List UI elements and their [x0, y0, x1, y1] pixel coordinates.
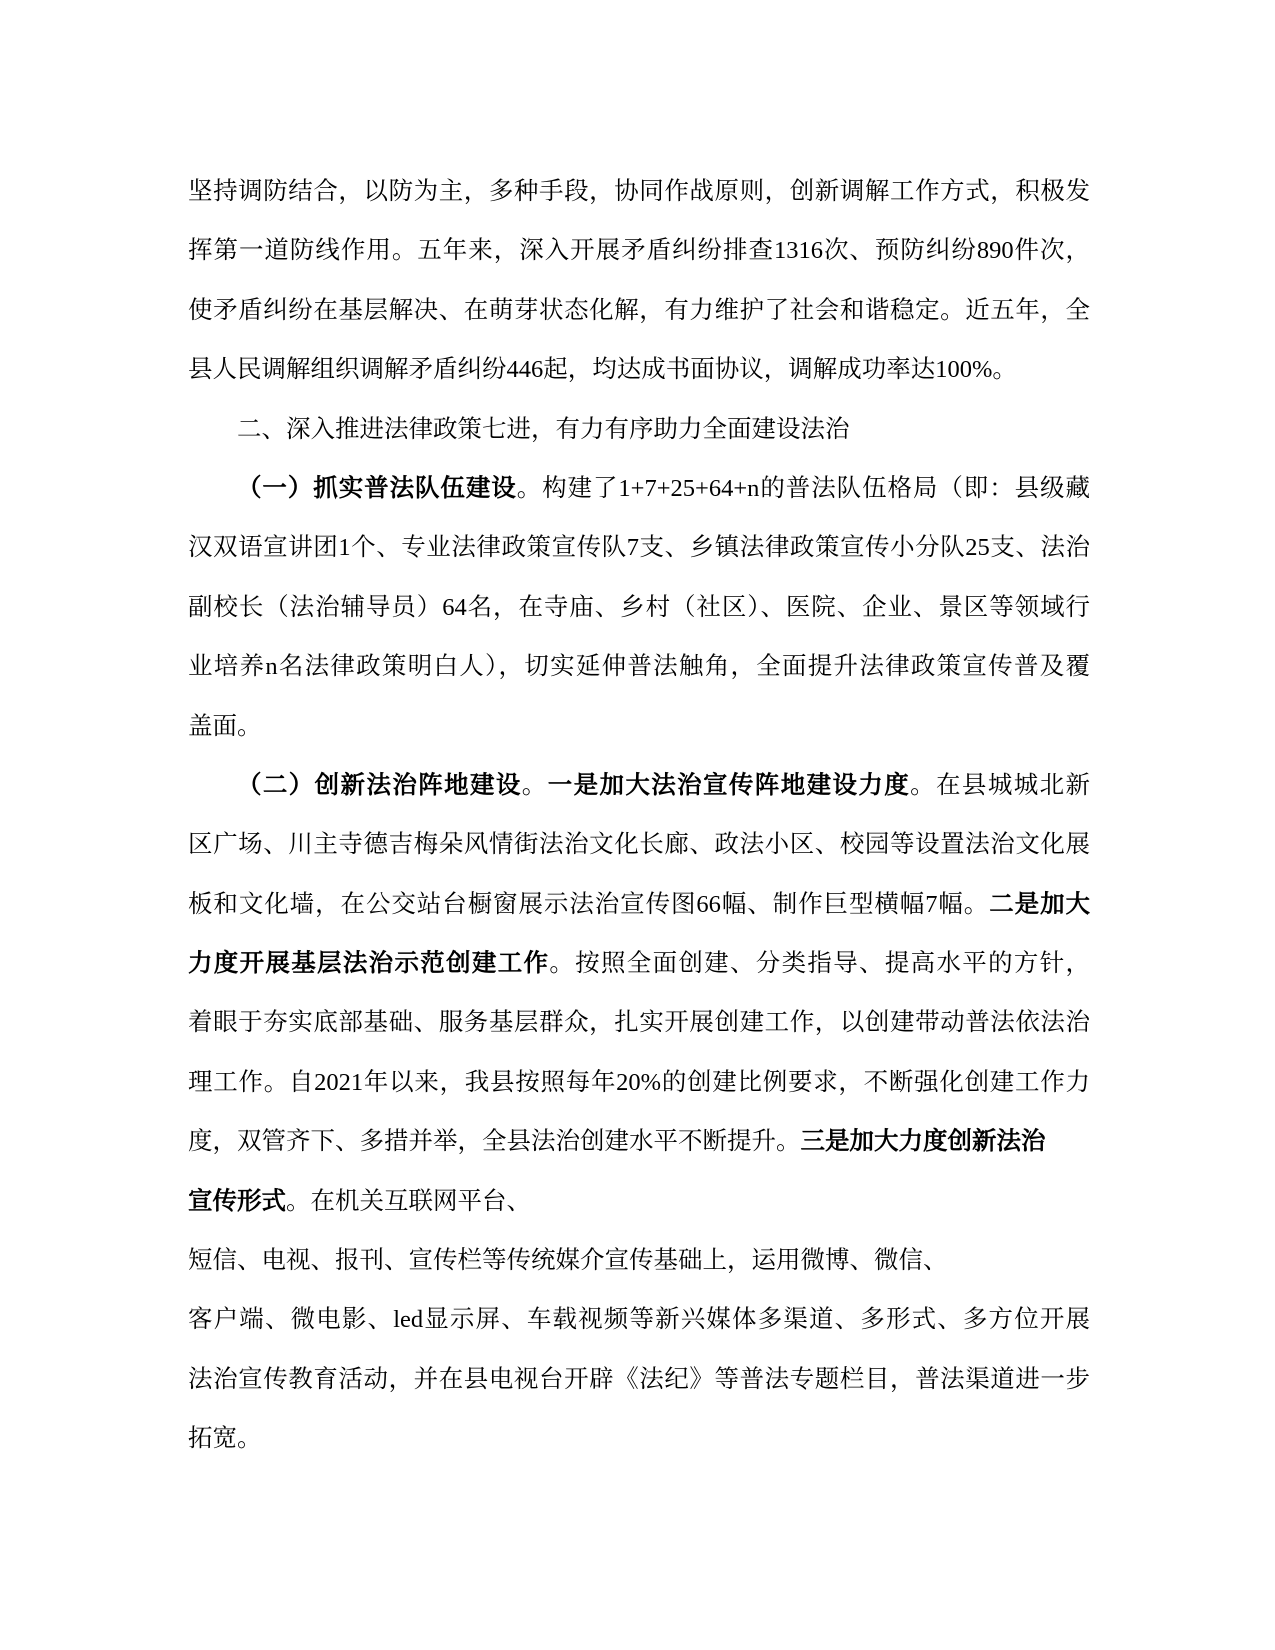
text-line: 坚持调防结合，以防为主，多种手段，协同作战原则，创新调解工作方式，积极发 [188, 162, 1090, 221]
text-line: 理工作。自2021年以来，我县按照每年20%的创建比例要求，不断强化创建工作力 [188, 1053, 1090, 1112]
text-segment-bold: 一是加大法治宣传阵地建设力度 [548, 772, 910, 799]
text-line: 使矛盾纠纷在基层解决、在萌芽状态化解，有力维护了社会和谐稳定。近五年，全 [188, 281, 1090, 340]
text-block: 坚持调防结合，以防为主，多种手段，协同作战原则，创新调解工作方式，积极发挥第一道… [188, 162, 1090, 1469]
text-segment: 。构建了1+7+25+64+n的普法队伍格局（即：县级藏 [517, 475, 1090, 502]
text-segment: 盖面。 [188, 713, 262, 740]
text-line: （一）抓实普法队伍建设。构建了1+7+25+64+n的普法队伍格局（即：县级藏 [188, 459, 1090, 518]
text-line: 宣传形式。在机关互联网平台、 [188, 1172, 1090, 1231]
text-segment: 法治宣传教育活动，并在县电视台开辟《法纪》等普法专题栏目，普法渠道进一步 [188, 1366, 1090, 1393]
text-line: 力度开展基层法治示范创建工作。按照全面创建、分类指导、提高水平的方针， [188, 934, 1090, 993]
text-line: 县人民调解组织调解矛盾纠纷446起，均达成书面协议，调解成功率达100%。 [188, 340, 1090, 399]
text-segment: 坚持调防结合，以防为主，多种手段，协同作战原则，创新调解工作方式，积极发 [188, 178, 1090, 205]
text-segment: 客户端、微电影、led显示屏、车载视频等新兴媒体多渠道、多形式、多方位开展 [188, 1306, 1090, 1333]
text-segment: 。 [522, 772, 548, 799]
text-segment: 县人民调解组织调解矛盾纠纷446起，均达成书面协议，调解成功率达100%。 [188, 356, 1017, 383]
text-segment: 使矛盾纠纷在基层解决、在萌芽状态化解，有力维护了社会和谐稳定。近五年，全 [188, 297, 1090, 324]
text-segment: 度，双管齐下、多措并举，全县法治创建水平不断提升。 [188, 1128, 801, 1155]
text-line: （二）创新法治阵地建设。一是加大法治宣传阵地建设力度。在县城城北新 [188, 756, 1090, 815]
text-line: 盖面。 [188, 697, 1090, 756]
text-line: 拓宽。 [188, 1409, 1090, 1468]
text-segment: 拓宽。 [188, 1425, 262, 1452]
text-segment: 。在机关互联网平台、 [286, 1188, 531, 1215]
text-segment: 业培养n名法律政策明白人），切实延伸普法触角，全面提升法律政策宣传普及覆 [188, 653, 1090, 680]
text-segment: 汉双语宣讲团1个、专业法律政策宣传队7支、乡镇法律政策宣传小分队25支、法治 [188, 534, 1090, 561]
text-line: 区广场、川主寺德吉梅朵风情街法治文化长廊、政法小区、校园等设置法治文化展 [188, 815, 1090, 874]
text-line: 板和文化墙，在公交站台橱窗展示法治宣传图66幅、制作巨型横幅7幅。二是加大 [188, 875, 1090, 934]
text-segment: 理工作。自2021年以来，我县按照每年20%的创建比例要求，不断强化创建工作力 [188, 1069, 1090, 1096]
text-line: 法治宣传教育活动，并在县电视台开辟《法纪》等普法专题栏目，普法渠道进一步 [188, 1350, 1090, 1409]
text-segment: 副校长（法治辅导员）64名，在寺庙、乡村（社区）、医院、企业、景区等领域行 [188, 594, 1090, 621]
text-line: 业培养n名法律政策明白人），切实延伸普法触角，全面提升法律政策宣传普及覆 [188, 637, 1090, 696]
text-line: 二、深入推进法律政策七进，有力有序助力全面建设法治 [188, 400, 1090, 459]
text-segment: 二、深入推进法律政策七进，有力有序助力全面建设法治 [237, 416, 850, 443]
text-segment-bold: 二是加大 [989, 891, 1090, 918]
text-line: 副校长（法治辅导员）64名，在寺庙、乡村（社区）、医院、企业、景区等领域行 [188, 578, 1090, 637]
text-segment: 短信、电视、报刊、宣传栏等传统媒介宣传基础上，运用微博、微信、 [188, 1247, 948, 1274]
text-line: 汉双语宣讲团1个、专业法律政策宣传队7支、乡镇法律政策宣传小分队25支、法治 [188, 518, 1090, 577]
text-segment: 着眼于夯实底部基础、服务基层群众，扎实开展创建工作，以创建带动普法依法治 [188, 1009, 1090, 1036]
text-line: 度，双管齐下、多措并举，全县法治创建水平不断提升。三是加大力度创新法治 [188, 1112, 1090, 1171]
text-line: 短信、电视、报刊、宣传栏等传统媒介宣传基础上，运用微博、微信、 [188, 1231, 1090, 1290]
text-segment: 。按照全面创建、分类指导、提高水平的方针， [549, 950, 1090, 977]
text-segment: 挥第一道防线作用。五年来，深入开展矛盾纠纷排查1316次、预防纠纷890件次， [188, 237, 1090, 264]
text-segment: 区广场、川主寺德吉梅朵风情街法治文化长廊、政法小区、校园等设置法治文化展 [188, 831, 1090, 858]
text-segment: 。在县城城北新 [910, 772, 1090, 799]
text-segment-bold: 三是加大力度创新法治 [801, 1128, 1046, 1155]
text-segment-bold: （一）抓实普法队伍建设 [237, 475, 517, 502]
document-page: 坚持调防结合，以防为主，多种手段，协同作战原则，创新调解工作方式，积极发挥第一道… [0, 0, 1275, 1650]
text-line: 着眼于夯实底部基础、服务基层群众，扎实开展创建工作，以创建带动普法依法治 [188, 993, 1090, 1052]
text-segment: 板和文化墙，在公交站台橱窗展示法治宣传图66幅、制作巨型横幅7幅。 [188, 891, 989, 918]
text-line: 挥第一道防线作用。五年来，深入开展矛盾纠纷排查1316次、预防纠纷890件次， [188, 221, 1090, 280]
text-segment-bold: 宣传形式 [188, 1188, 286, 1215]
text-segment-bold: 力度开展基层法治示范创建工作 [188, 950, 549, 977]
text-segment-bold: （二）创新法治阵地建设 [237, 772, 522, 799]
text-line: 客户端、微电影、led显示屏、车载视频等新兴媒体多渠道、多形式、多方位开展 [188, 1290, 1090, 1349]
